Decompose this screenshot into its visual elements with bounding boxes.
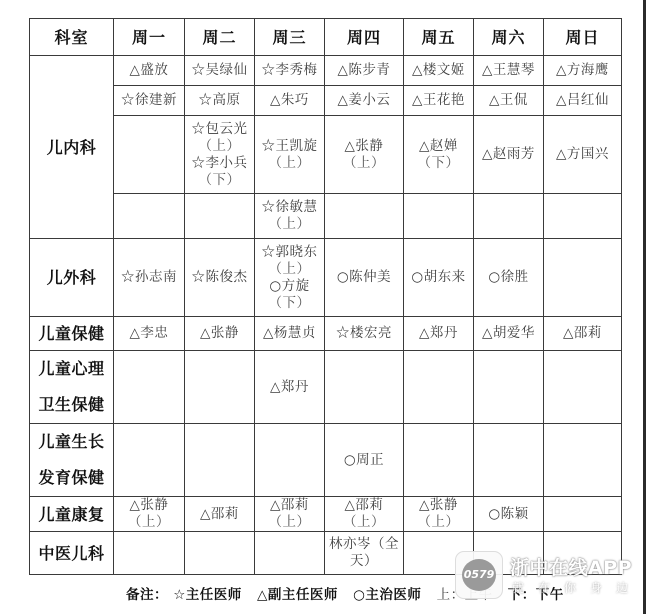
table-row: 儿外科 ☆孙志南 ☆陈俊杰 ☆郭晓东 （上） ○方旋 （下） ○陈仲美 ○胡东来…: [30, 239, 622, 317]
doctor-entry-cont: 天）: [325, 553, 403, 570]
schedule-cell-empty: [114, 532, 185, 575]
dept-label-line: 儿童心理: [30, 351, 113, 387]
app-watermark: 0579 浙中在线APP 就在你身边: [455, 551, 650, 609]
schedule-cell-empty: [185, 194, 255, 239]
table-row: 儿童保健 △李忠 △张静 △杨慧贞 ☆楼宏亮 △郑丹 △胡爱华 △邵莉: [30, 317, 622, 351]
schedule-cell: △杨慧贞: [255, 317, 325, 351]
outpatient-schedule-table: 科室 周一 周二 周三 周四 周五 周六 周日 儿内科 △盛放 ☆吴绿仙 ☆李秀…: [29, 18, 622, 575]
schedule-cell-empty: [404, 424, 474, 497]
schedule-cell: △吕红仙: [544, 86, 622, 116]
schedule-cell-empty: [114, 194, 185, 239]
schedule-cell: △张静 （上）: [325, 116, 404, 194]
session-note: （上）: [255, 261, 324, 278]
schedule-cell: △盛放: [114, 56, 185, 86]
schedule-cell: △王侃: [474, 86, 544, 116]
schedule-cell-empty: [544, 424, 622, 497]
session-note: （下）: [404, 155, 473, 172]
schedule-cell-empty: [474, 194, 544, 239]
schedule-cell: ☆陈俊杰: [185, 239, 255, 317]
schedule-cell: △邵莉 （上）: [325, 497, 404, 532]
doctor-entry: ☆王凯旋: [255, 138, 324, 155]
schedule-cell: △赵雨芳: [474, 116, 544, 194]
dept-label-line: 儿童生长: [30, 424, 113, 460]
header-wednesday: 周三: [255, 19, 325, 56]
schedule-cell: △邵莉: [544, 317, 622, 351]
session-note: （上）: [255, 155, 324, 172]
schedule-cell: △方国兴: [544, 116, 622, 194]
schedule-cell: △邵莉 （上）: [255, 497, 325, 532]
table-row: ☆徐敏慧 （上）: [30, 194, 622, 239]
schedule-cell-empty: [404, 351, 474, 424]
schedule-cell: △胡爱华: [474, 317, 544, 351]
header-sunday: 周日: [544, 19, 622, 56]
dept-child-growth-development: 儿童生长 发育保健: [30, 424, 114, 497]
schedule-cell-empty: [474, 424, 544, 497]
schedule-cell: ☆李秀梅: [255, 56, 325, 86]
session-note: （上）: [404, 514, 473, 531]
schedule-cell-empty: [544, 194, 622, 239]
schedule-cell: △邵莉: [185, 497, 255, 532]
table-row: 儿童康复 △张静 （上） △邵莉 △邵莉 （上） △邵莉 （上） △张静 （上）: [30, 497, 622, 532]
schedule-cell: ○徐胜: [474, 239, 544, 317]
schedule-cell-empty: [544, 351, 622, 424]
schedule-cell: ○陈颖: [474, 497, 544, 532]
schedule-cell: △姜小云: [325, 86, 404, 116]
legend-associate-chief-physician: △副主任医师: [257, 587, 338, 603]
dept-label-line: 卫生保健: [30, 387, 113, 423]
schedule-cell: ☆王凯旋 （上）: [255, 116, 325, 194]
table-row: 儿内科 △盛放 ☆吴绿仙 ☆李秀梅 △陈步青 △楼文姬 △王慧琴 △方海鹰: [30, 56, 622, 86]
schedule-page: 科室 周一 周二 周三 周四 周五 周六 周日 儿内科 △盛放 ☆吴绿仙 ☆李秀…: [0, 0, 650, 614]
watermark-title: 浙中在线APP: [510, 553, 632, 580]
doctor-entry: ☆徐敏慧: [255, 199, 324, 216]
header-tuesday: 周二: [185, 19, 255, 56]
schedule-cell: ☆郭晓东 （上） ○方旋 （下）: [255, 239, 325, 317]
doctor-entry: ☆包云光: [185, 121, 254, 138]
doctor-entry: 林亦岑（全: [325, 536, 403, 553]
schedule-cell: ☆包云光 （上） ☆李小兵 （下）: [185, 116, 255, 194]
schedule-cell: △张静: [185, 317, 255, 351]
schedule-cell: △张静 （上）: [114, 497, 185, 532]
header-friday: 周五: [404, 19, 474, 56]
dept-child-rehab: 儿童康复: [30, 497, 114, 532]
schedule-cell: ☆吴绿仙: [185, 56, 255, 86]
session-note: （上）: [114, 514, 184, 531]
dept-tcm-pediatrics: 中医儿科: [30, 532, 114, 575]
dept-pediatric-surgery: 儿外科: [30, 239, 114, 317]
watermark-subtitle: 就在你身边: [512, 579, 642, 596]
schedule-cell-empty: [185, 351, 255, 424]
schedule-cell-empty: [544, 497, 622, 532]
session-note: （上）: [255, 514, 324, 531]
schedule-cell: ☆楼宏亮: [325, 317, 404, 351]
schedule-cell-empty: [185, 532, 255, 575]
schedule-cell: ○陈仲美: [325, 239, 404, 317]
session-note: （上）: [325, 155, 403, 172]
table-row: ☆徐建新 ☆高原 △朱巧 △姜小云 △王花艳 △王侃 △吕红仙: [30, 86, 622, 116]
app-logo-text: 0579: [462, 559, 496, 591]
header-row: 科室 周一 周二 周三 周四 周五 周六 周日: [30, 19, 622, 56]
schedule-cell-empty: [474, 351, 544, 424]
schedule-cell: △郑丹: [404, 317, 474, 351]
schedule-cell-empty: [325, 194, 404, 239]
session-note: （下）: [185, 172, 254, 189]
doctor-entry: △赵婵: [404, 138, 473, 155]
dept-child-psych-health: 儿童心理 卫生保健: [30, 351, 114, 424]
schedule-cell-empty: [114, 351, 185, 424]
schedule-cell: △王慧琴: [474, 56, 544, 86]
doctor-entry: △张静: [114, 497, 184, 514]
app-logo-icon: 0579: [455, 551, 503, 599]
header-monday: 周一: [114, 19, 185, 56]
schedule-cell: 林亦岑（全 天）: [325, 532, 404, 575]
session-note: （上）: [255, 216, 324, 233]
schedule-cell: ☆孙志南: [114, 239, 185, 317]
legend-chief-physician: ☆主任医师: [173, 587, 242, 603]
doctor-entry: △张静: [325, 138, 403, 155]
header-department: 科室: [30, 19, 114, 56]
schedule-cell: ☆高原: [185, 86, 255, 116]
schedule-cell-empty: [114, 424, 185, 497]
schedule-cell: △陈步青: [325, 56, 404, 86]
schedule-cell: △赵婵 （下）: [404, 116, 474, 194]
schedule-cell: △张静 （上）: [404, 497, 474, 532]
session-note: （下）: [255, 295, 324, 312]
schedule-cell: △李忠: [114, 317, 185, 351]
session-note: （上）: [185, 138, 254, 155]
table-row: ☆包云光 （上） ☆李小兵 （下） ☆王凯旋 （上） △张静 （上） △赵婵 （…: [30, 116, 622, 194]
doctor-entry: ☆李小兵: [185, 155, 254, 172]
doctor-entry: ☆郭晓东: [255, 244, 324, 261]
schedule-cell: ☆徐敏慧 （上）: [255, 194, 325, 239]
schedule-cell-empty: [255, 424, 325, 497]
legend-attending-physician: ○主治医师: [353, 587, 421, 603]
legend-label: 备注：: [126, 587, 168, 603]
schedule-cell: △朱巧: [255, 86, 325, 116]
schedule-cell-empty: [544, 239, 622, 317]
schedule-cell-empty: [114, 116, 185, 194]
schedule-cell: ○胡东来: [404, 239, 474, 317]
schedule-cell-empty: [255, 532, 325, 575]
table-row: 儿童心理 卫生保健 △郑丹: [30, 351, 622, 424]
table-row: 儿童生长 发育保健 ○周正: [30, 424, 622, 497]
dept-pediatrics-internal: 儿内科: [30, 56, 114, 239]
doctor-entry: ○方旋: [255, 278, 324, 295]
dept-child-health-care: 儿童保健: [30, 317, 114, 351]
dept-label-line: 发育保健: [30, 460, 113, 496]
schedule-cell: △方海鹰: [544, 56, 622, 86]
schedule-cell: △王花艳: [404, 86, 474, 116]
page-edge-divider: [643, 0, 646, 614]
schedule-cell: △楼文姬: [404, 56, 474, 86]
doctor-entry: △张静: [404, 497, 473, 514]
session-note: （上）: [325, 514, 403, 531]
header-thursday: 周四: [325, 19, 404, 56]
schedule-cell-empty: [185, 424, 255, 497]
doctor-entry: △邵莉: [255, 497, 324, 514]
schedule-cell-empty: [404, 194, 474, 239]
schedule-cell: ○周正: [325, 424, 404, 497]
schedule-cell-empty: [325, 351, 404, 424]
schedule-cell: ☆徐建新: [114, 86, 185, 116]
header-saturday: 周六: [474, 19, 544, 56]
doctor-entry: △邵莉: [325, 497, 403, 514]
schedule-cell: △郑丹: [255, 351, 325, 424]
